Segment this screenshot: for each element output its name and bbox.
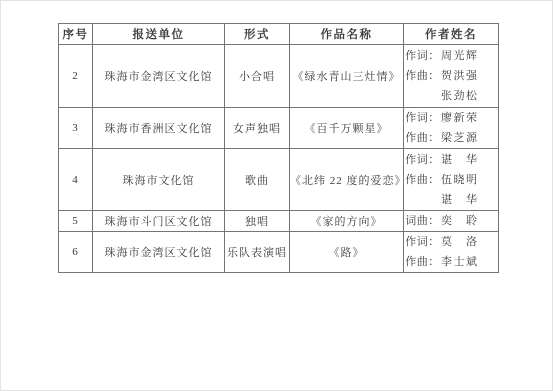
- cell-form: 歌曲: [225, 149, 290, 211]
- table-row: 3 珠海市香洲区文化馆 女声独唱 《百千万颗星》 作词：廖新荣 作曲：梁芝源: [59, 108, 499, 149]
- author-line: 作曲：贺洪强: [404, 66, 498, 86]
- cell-authors: 作词：谌 华 作曲：伍晓明 谌 华: [404, 149, 499, 211]
- author-name: 伍晓明: [441, 170, 479, 190]
- table-row: 4 珠海市文化馆 歌曲 《北纬 22 度的爱恋》 作词：谌 华 作曲：伍晓明 谌…: [59, 149, 499, 211]
- author-role-label: 作曲：: [404, 170, 441, 190]
- cell-authors: 词曲：奕 聆: [404, 211, 499, 232]
- author-name: 莫 洛: [441, 232, 479, 252]
- document-page: 序号 报送单位 形式 作品名称 作者姓名 2 珠海市金湾区文化馆 小合唱 《绿水…: [0, 0, 553, 391]
- author-name: 贺洪强: [441, 66, 479, 86]
- author-name: 廖新荣: [441, 108, 479, 128]
- author-line: 作词：廖新荣: [404, 108, 498, 128]
- header-title: 作品名称: [290, 24, 404, 45]
- author-name: 李士斌: [441, 252, 479, 272]
- author-line: 作词：谌 华: [404, 150, 498, 170]
- cell-title: 《路》: [290, 232, 404, 273]
- author-role-label: 词曲：: [404, 211, 441, 231]
- cell-unit: 珠海市文化馆: [93, 149, 225, 211]
- cell-no: 3: [59, 108, 93, 149]
- cell-unit: 珠海市斗门区文化馆: [93, 211, 225, 232]
- author-line: 谌 华: [404, 190, 498, 210]
- author-role-label: 作词：: [404, 108, 441, 128]
- author-role-label: 作曲：: [404, 252, 441, 272]
- cell-authors: 作词：周光辉 作曲：贺洪强 张劲松: [404, 45, 499, 108]
- cell-title: 《北纬 22 度的爱恋》: [290, 149, 404, 211]
- header-no: 序号: [59, 24, 93, 45]
- header-row: 序号 报送单位 形式 作品名称 作者姓名: [59, 24, 499, 45]
- author-role-label: 作词：: [404, 46, 441, 66]
- author-line: 词曲：奕 聆: [404, 211, 498, 231]
- submissions-table: 序号 报送单位 形式 作品名称 作者姓名 2 珠海市金湾区文化馆 小合唱 《绿水…: [58, 23, 499, 273]
- author-line: 作曲：伍晓明: [404, 170, 498, 190]
- cell-title: 《家的方向》: [290, 211, 404, 232]
- author-line: 作曲：梁芝源: [404, 128, 498, 148]
- cell-unit: 珠海市金湾区文化馆: [93, 232, 225, 273]
- header-unit: 报送单位: [93, 24, 225, 45]
- author-role-label: 作词：: [404, 150, 441, 170]
- author-line: 张劲松: [404, 86, 498, 106]
- header-form: 形式: [225, 24, 290, 45]
- cell-authors: 作词：廖新荣 作曲：梁芝源: [404, 108, 499, 149]
- cell-form: 女声独唱: [225, 108, 290, 149]
- cell-no: 2: [59, 45, 93, 108]
- author-name: 梁芝源: [441, 128, 479, 148]
- table-row: 6 珠海市金湾区文化馆 乐队表演唱 《路》 作词：莫 洛 作曲：李士斌: [59, 232, 499, 273]
- author-role-label: [404, 86, 441, 106]
- cell-form: 独唱: [225, 211, 290, 232]
- author-name: 奕 聆: [441, 211, 479, 231]
- table-row: 5 珠海市斗门区文化馆 独唱 《家的方向》 词曲：奕 聆: [59, 211, 499, 232]
- cell-form: 乐队表演唱: [225, 232, 290, 273]
- author-name: 谌 华: [441, 150, 479, 170]
- author-role-label: 作曲：: [404, 66, 441, 86]
- author-name: 周光辉: [441, 46, 479, 66]
- cell-no: 5: [59, 211, 93, 232]
- cell-authors: 作词：莫 洛 作曲：李士斌: [404, 232, 499, 273]
- table-row: 2 珠海市金湾区文化馆 小合唱 《绿水青山三灶情》 作词：周光辉 作曲：贺洪强 …: [59, 45, 499, 108]
- cell-title: 《绿水青山三灶情》: [290, 45, 404, 108]
- cell-unit: 珠海市金湾区文化馆: [93, 45, 225, 108]
- author-role-label: [404, 190, 441, 210]
- cell-form: 小合唱: [225, 45, 290, 108]
- author-line: 作词：周光辉: [404, 46, 498, 66]
- author-role-label: 作词：: [404, 232, 441, 252]
- author-name: 张劲松: [441, 86, 479, 106]
- cell-unit: 珠海市香洲区文化馆: [93, 108, 225, 149]
- cell-no: 6: [59, 232, 93, 273]
- author-name: 谌 华: [441, 190, 479, 210]
- author-role-label: 作曲：: [404, 128, 441, 148]
- header-author: 作者姓名: [404, 24, 499, 45]
- author-line: 作词：莫 洛: [404, 232, 498, 252]
- author-line: 作曲：李士斌: [404, 252, 498, 272]
- cell-no: 4: [59, 149, 93, 211]
- cell-title: 《百千万颗星》: [290, 108, 404, 149]
